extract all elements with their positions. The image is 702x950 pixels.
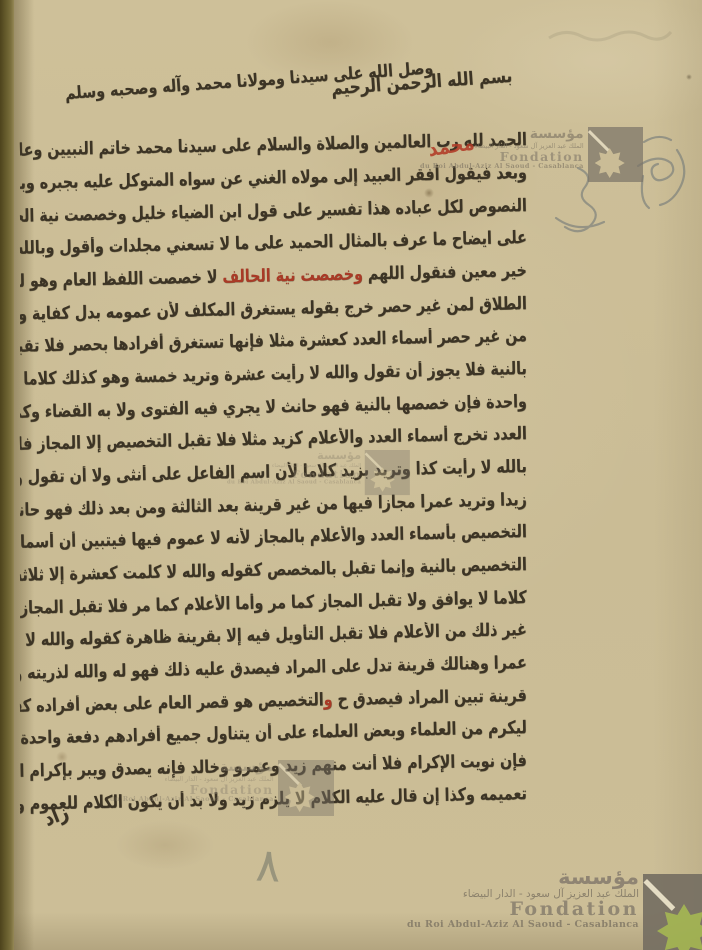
khalil-quote-red: وخصصت نية الحالف	[222, 264, 363, 287]
watermark-text: مؤسسة الملك عبد العزيز آل سعود - الدار ا…	[447, 866, 639, 930]
star-icon	[595, 148, 625, 178]
salawat-line: وصل الله على سيدنا ومولانا محمد وآله وصح…	[64, 59, 435, 121]
watermark-arabic-title: مؤسسة	[530, 127, 584, 142]
star-icon	[657, 904, 702, 950]
line-text: لا خصصت اللفظ العام وهو لغة ينتفي	[20, 267, 223, 293]
manuscript-scan: بسم الله الرحمن الرحيم وصل الله على سيدن…	[0, 0, 702, 950]
watermark-arabic-title: مؤسسة	[558, 866, 639, 888]
watermark-french-subtitle: du Roi Abdul-Aziz Al Saoud - Casablanca	[407, 920, 639, 930]
foundation-logo-icon	[643, 874, 702, 950]
line-text: خير معين فنقول اللهم	[363, 261, 527, 285]
pencil-folio-number: ٨	[255, 837, 283, 892]
watermark-french-title: Fondation	[509, 900, 639, 920]
line-red-text: و	[323, 690, 332, 710]
pencil-inscription-icon	[548, 120, 688, 260]
foundation-logo-icon	[588, 127, 643, 182]
foundation-watermark-corner: مؤسسة الملك عبد العزيز آل سعود - الدار ا…	[447, 866, 702, 950]
bleed-through-mark	[545, 24, 675, 50]
line-text: قرينة تبين المراد فيصدق ح	[332, 686, 527, 710]
book-edge-strip	[0, 0, 14, 950]
watermark-arabic-subtitle: الملك عبد العزيز آل سعود - الدار البيضاء	[463, 889, 639, 900]
